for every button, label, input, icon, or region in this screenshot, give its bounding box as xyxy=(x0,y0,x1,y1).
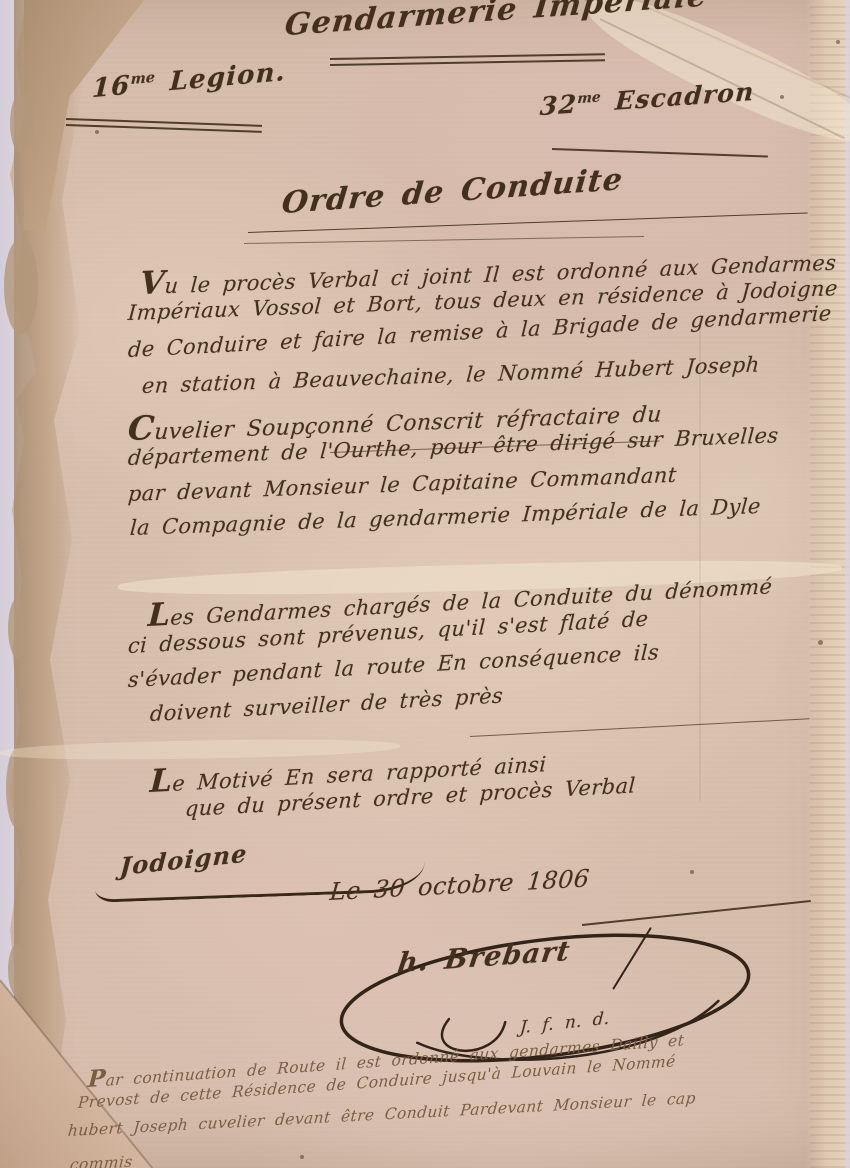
document-scan: Gendarmerie Impériale 16me Legion. 32me … xyxy=(0,0,850,1168)
torn-edge-bump xyxy=(8,944,26,996)
legion-ordinal: me xyxy=(130,70,155,88)
paper-speck xyxy=(836,40,840,44)
paper-speck xyxy=(780,95,784,99)
paper-speck xyxy=(95,130,99,134)
paper-speck xyxy=(690,870,694,874)
escadron-number: 32 xyxy=(539,89,578,121)
paper-speck xyxy=(300,1155,304,1159)
torn-edge-bump xyxy=(10,92,34,154)
scanner-background-right-sliver xyxy=(845,0,850,1168)
paper-speck xyxy=(818,640,823,645)
torn-edge-tab xyxy=(4,238,38,334)
torn-edge-bump xyxy=(6,748,28,828)
torn-edge-bump xyxy=(8,598,28,658)
crease-line-vertical xyxy=(699,321,701,801)
creased-right-band-texture xyxy=(810,0,850,1168)
addendum-line-cut: commis xyxy=(69,1153,133,1168)
legion-number: 16 xyxy=(91,71,131,105)
escadron-ordinal: me xyxy=(577,89,601,107)
